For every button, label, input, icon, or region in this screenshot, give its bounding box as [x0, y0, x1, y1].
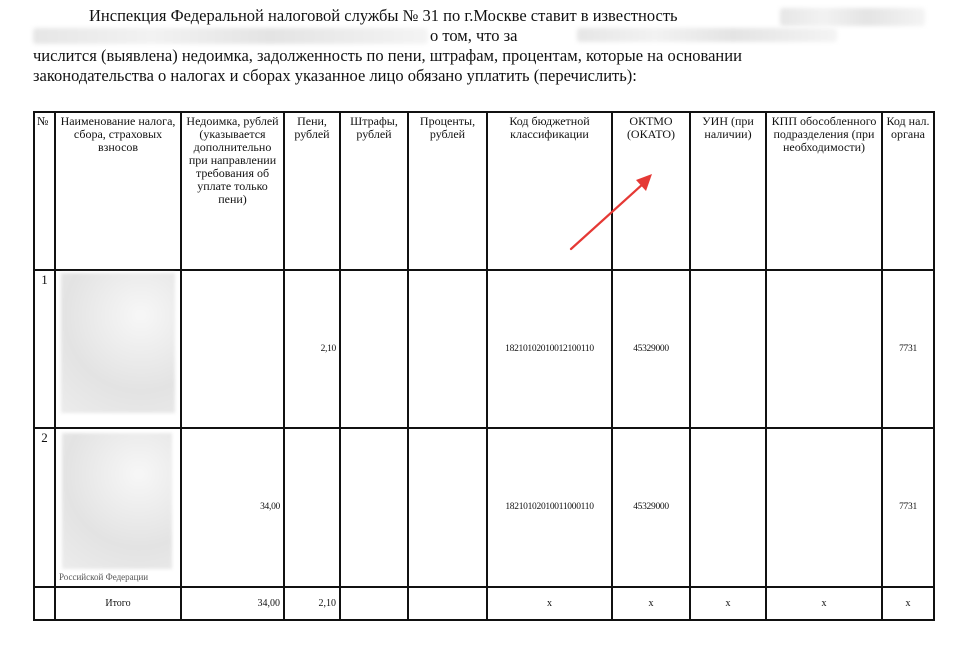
total-oktmo: x — [612, 587, 690, 620]
redacted-tax-name — [61, 273, 175, 413]
total-tax-office: x — [882, 587, 934, 620]
total-fines — [340, 587, 408, 620]
header-kbk: Код бюджетной классификации — [487, 112, 612, 270]
fines-cell — [340, 270, 408, 428]
header-penalty: Пени, рублей — [284, 112, 340, 270]
header-tax-office: Код нал. органа — [882, 112, 934, 270]
arrears-table: № Наименование налога, сбора, страховых … — [33, 111, 935, 621]
redacted-taxpayer — [780, 8, 925, 26]
header-oktmo: ОКТМО (ОКАТО) — [612, 112, 690, 270]
total-row: Итого 34,00 2,10 x x x x x — [34, 587, 934, 620]
interest-cell — [408, 270, 487, 428]
row-number: 2 — [34, 428, 55, 587]
header-interest: Проценты, рублей — [408, 112, 487, 270]
arrears-cell: 34,00 — [181, 428, 284, 587]
penalty-cell — [284, 428, 340, 587]
header-kpp: КПП обособленного подразделения (при нео… — [766, 112, 882, 270]
intro-line-2: о том, что за — [430, 26, 518, 46]
redacted-taxpayer-id — [33, 28, 428, 44]
oktmo-cell: 45329000 — [612, 270, 690, 428]
intro-line-1: Инспекция Федеральной налоговой службы №… — [89, 6, 678, 26]
kpp-cell — [766, 270, 882, 428]
arrears-cell — [181, 270, 284, 428]
oktmo-cell: 45329000 — [612, 428, 690, 587]
total-kpp: x — [766, 587, 882, 620]
total-arrears: 34,00 — [181, 587, 284, 620]
kbk-cell: 18210102010011000110 — [487, 428, 612, 587]
uin-cell — [690, 428, 766, 587]
table-header-row: № Наименование налога, сбора, страховых … — [34, 112, 934, 270]
tax-office-cell: 7731 — [882, 428, 934, 587]
header-number: № — [34, 112, 55, 270]
redacted-tax-name — [62, 433, 172, 569]
interest-cell — [408, 428, 487, 587]
fines-cell — [340, 428, 408, 587]
header-tax-name: Наименование налога, сбора, страховых вз… — [55, 112, 181, 270]
kpp-cell — [766, 428, 882, 587]
total-interest — [408, 587, 487, 620]
tax-office-cell: 7731 — [882, 270, 934, 428]
tax-name-cell: Российской Федерации — [55, 428, 181, 587]
total-penalty: 2,10 — [284, 587, 340, 620]
header-fines: Штрафы, рублей — [340, 112, 408, 270]
kbk-cell: 18210102010012100110 — [487, 270, 612, 428]
penalty-cell: 2,10 — [284, 270, 340, 428]
table-row: 1 2,10 18210102010012100110 45329000 773… — [34, 270, 934, 428]
table-row: 2 Российской Федерации 34,00 18210102010… — [34, 428, 934, 587]
header-arrears: Недоимка, рублей (указывается дополнител… — [181, 112, 284, 270]
total-number-cell — [34, 587, 55, 620]
row-number: 1 — [34, 270, 55, 428]
total-label: Итого — [55, 587, 181, 620]
uin-cell — [690, 270, 766, 428]
intro-line-3: числится (выявлена) недоимка, задолженно… — [33, 46, 742, 66]
tax-name-tail: Российской Федерации — [59, 572, 148, 582]
total-uin: x — [690, 587, 766, 620]
intro-line-4: законодательства о налогах и сборах указ… — [33, 66, 637, 86]
tax-name-cell — [55, 270, 181, 428]
header-uin: УИН (при наличии) — [690, 112, 766, 270]
total-kbk: x — [487, 587, 612, 620]
redacted-date — [577, 28, 837, 42]
